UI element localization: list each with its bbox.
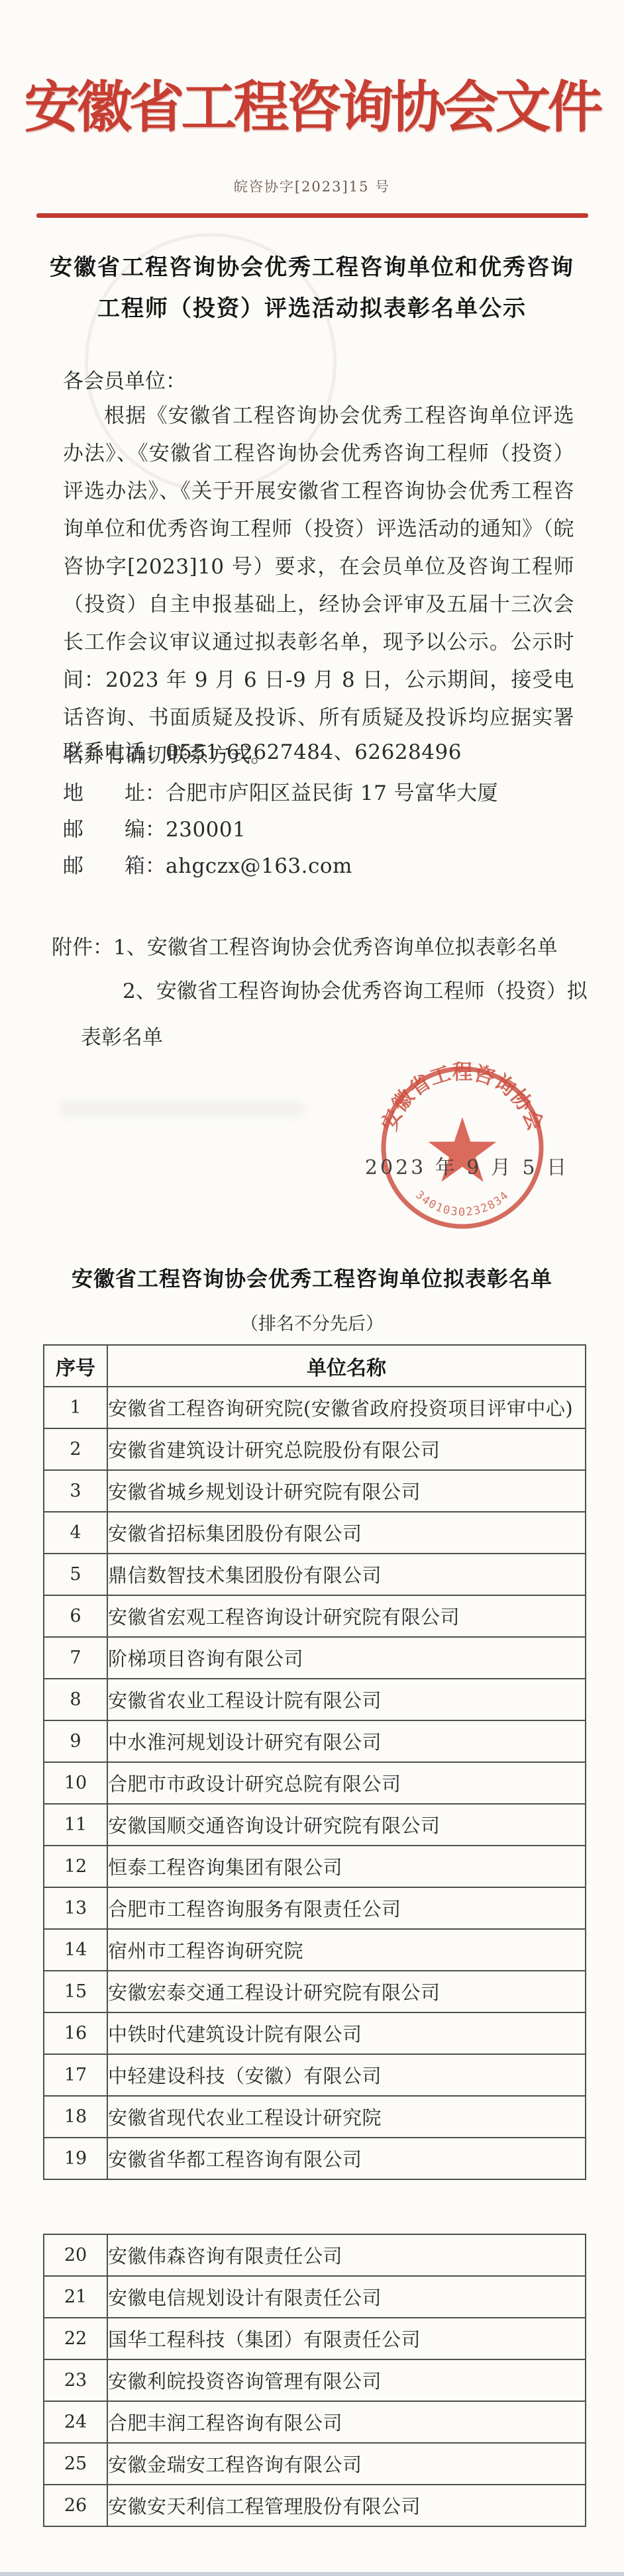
table-row: 20安徽伟森咨询有限责任公司	[44, 2234, 586, 2276]
row-number: 9	[44, 1720, 107, 1762]
table-row: 11安徽国顺交通咨询设计研究院有限公司	[44, 1804, 586, 1846]
address-label: 地 址：	[63, 781, 166, 805]
red-divider-line	[36, 213, 588, 218]
table-row: 17中轻建设科技（安徽）有限公司	[44, 2054, 586, 2096]
issue-date: 2023 年 9 月 5 日	[358, 1151, 576, 1180]
unit-name: 中铁时代建筑设计院有限公司	[107, 2012, 586, 2054]
contact-phone-label: 联系电话：	[63, 740, 166, 764]
table-row: 7阶梯项目咨询有限公司	[44, 1637, 586, 1679]
row-number: 24	[44, 2401, 107, 2443]
attachment-item-1: 1、安徽省工程咨询协会优秀咨询单位拟表彰名单	[113, 936, 558, 960]
official-seal: 安徽省工程咨询协会 3401030232834	[376, 1062, 548, 1234]
row-number: 2	[44, 1428, 107, 1470]
row-number: 22	[44, 2318, 107, 2359]
row-number: 4	[44, 1512, 107, 1554]
row-number: 7	[44, 1637, 107, 1679]
scanned-document-page: 安徽省工程咨询协会文件 皖咨协字[2023]15 号 安徽省工程咨询协会优秀工程…	[0, 0, 624, 2576]
row-number: 14	[44, 1929, 107, 1971]
body-paragraph: 根据《安徽省工程咨询协会优秀工程咨询单位评选办法》、《安徽省工程咨询协会优秀咨询…	[63, 397, 574, 775]
unit-name: 阶梯项目咨询有限公司	[107, 1637, 586, 1679]
column-header-no: 序号	[44, 1345, 107, 1387]
table-row: 16中铁时代建筑设计院有限公司	[44, 2012, 586, 2054]
unit-name: 合肥市工程咨询服务有限责任公司	[107, 1887, 586, 1929]
table-row: 6安徽省宏观工程咨询设计研究院有限公司	[44, 1595, 586, 1637]
unit-name: 安徽利皖投资咨询管理有限公司	[107, 2359, 586, 2401]
row-number: 20	[44, 2234, 107, 2276]
table-row: 21安徽电信规划设计有限责任公司	[44, 2276, 586, 2318]
table-row: 8安徽省农业工程设计院有限公司	[44, 1679, 586, 1720]
table-row: 4安徽省招标集团股份有限公司	[44, 1512, 586, 1554]
attachment-line-1: 附件：1、安徽省工程咨询协会优秀咨询单位拟表彰名单	[52, 930, 558, 960]
row-number: 11	[44, 1804, 107, 1846]
table-row: 2安徽省建筑设计研究总院股份有限公司	[44, 1428, 586, 1470]
address-value: 合肥市庐阳区益民街 17 号富华大厦	[166, 781, 498, 805]
seal-code-text: 3401030232834	[413, 1189, 512, 1219]
unit-name: 安徽伟森咨询有限责任公司	[107, 2234, 586, 2276]
table-row: 9中水淮河规划设计研究有限公司	[44, 1720, 586, 1762]
contact-phone-row: 联系电话：0551-62627484、62628496	[63, 735, 462, 765]
contact-phone-value: 0551-62627484、62628496	[166, 740, 462, 764]
row-number: 10	[44, 1762, 107, 1804]
unit-name: 安徽宏泰交通工程设计研究院有限公司	[107, 1971, 586, 2012]
attachment-line-2-cont: 表彰名单	[81, 1020, 163, 1050]
unit-name: 安徽省工程咨询研究院(安徽省政府投资项目评审中心)	[107, 1387, 586, 1428]
unit-name: 安徽省华都工程咨询有限公司	[107, 2138, 586, 2179]
doc-title-line1: 安徽省工程咨询协会优秀工程咨询单位和优秀咨询	[0, 249, 624, 281]
scan-artifact	[60, 1101, 305, 1118]
email-label: 邮 箱：	[63, 854, 166, 878]
address-row: 地 址：合肥市庐阳区益民街 17 号富华大厦	[63, 776, 498, 806]
unit-name: 安徽省农业工程设计院有限公司	[107, 1679, 586, 1720]
unit-name: 中轻建设科技（安徽）有限公司	[107, 2054, 586, 2096]
table-row: 15安徽宏泰交通工程设计研究院有限公司	[44, 1971, 586, 2012]
table-row: 19安徽省华都工程咨询有限公司	[44, 2138, 586, 2179]
roster-table-1: 序号 单位名称 1安徽省工程咨询研究院(安徽省政府投资项目评审中心)2安徽省建筑…	[43, 1344, 586, 2180]
row-number: 17	[44, 2054, 107, 2096]
doc-title-line2: 工程师（投资）评选活动拟表彰名单公示	[0, 290, 624, 322]
unit-name: 安徽电信规划设计有限责任公司	[107, 2276, 586, 2318]
table-row: 18安徽省现代农业工程设计研究院	[44, 2096, 586, 2138]
unit-name: 安徽省宏观工程咨询设计研究院有限公司	[107, 1595, 586, 1637]
row-number: 3	[44, 1470, 107, 1512]
salutation: 各会员单位：	[63, 364, 186, 394]
unit-name: 国华工程科技（集团）有限责任公司	[107, 2318, 586, 2359]
unit-name: 安徽省招标集团股份有限公司	[107, 1512, 586, 1554]
email-value: ahgczx@163.com	[166, 854, 352, 878]
table-row: 3安徽省城乡规划设计研究院有限公司	[44, 1470, 586, 1512]
row-number: 18	[44, 2096, 107, 2138]
table-row: 14宿州市工程咨询研究院	[44, 1929, 586, 1971]
unit-name: 安徽省现代农业工程设计研究院	[107, 2096, 586, 2138]
roster-table-2: 20安徽伟森咨询有限责任公司21安徽电信规划设计有限责任公司22国华工程科技（集…	[43, 2234, 586, 2527]
row-number: 19	[44, 2138, 107, 2179]
table-row: 25安徽金瑞安工程咨询有限公司	[44, 2443, 586, 2485]
unit-name: 合肥市市政设计研究总院有限公司	[107, 1762, 586, 1804]
svg-text:3401030232834: 3401030232834	[413, 1189, 512, 1219]
email-row: 邮 箱：ahgczx@163.com	[63, 849, 352, 879]
table-row: 26安徽安天利信工程管理股份有限公司	[44, 2485, 586, 2526]
row-number: 13	[44, 1887, 107, 1929]
unit-name: 恒泰工程咨询集团有限公司	[107, 1846, 586, 1887]
unit-name: 安徽金瑞安工程咨询有限公司	[107, 2443, 586, 2485]
unit-name: 安徽省城乡规划设计研究院有限公司	[107, 1470, 586, 1512]
row-number: 15	[44, 1971, 107, 2012]
table-row: 10合肥市市政设计研究总院有限公司	[44, 1762, 586, 1804]
unit-name: 鼎信数智技术集团股份有限公司	[107, 1554, 586, 1595]
row-number: 8	[44, 1679, 107, 1720]
table-row: 5鼎信数智技术集团股份有限公司	[44, 1554, 586, 1595]
row-number: 26	[44, 2485, 107, 2526]
table-row: 22国华工程科技（集团）有限责任公司	[44, 2318, 586, 2359]
table-row: 1安徽省工程咨询研究院(安徽省政府投资项目评审中心)	[44, 1387, 586, 1428]
attachment-label: 附件：	[52, 936, 113, 960]
row-number: 6	[44, 1595, 107, 1637]
roster-subtitle: （排名不分先后）	[0, 1309, 624, 1335]
row-number: 12	[44, 1846, 107, 1887]
postcode-label: 邮 编：	[63, 818, 166, 842]
attachment-line-2: 2、安徽省工程咨询协会优秀咨询工程师（投资）拟	[123, 974, 588, 1004]
table-row: 24合肥丰润工程咨询有限公司	[44, 2401, 586, 2443]
column-header-name: 单位名称	[107, 1345, 586, 1387]
unit-name: 安徽国顺交通咨询设计研究院有限公司	[107, 1804, 586, 1846]
row-number: 5	[44, 1554, 107, 1595]
unit-name: 宿州市工程咨询研究院	[107, 1929, 586, 1971]
unit-name: 安徽安天利信工程管理股份有限公司	[107, 2485, 586, 2526]
roster-title: 安徽省工程咨询协会优秀工程咨询单位拟表彰名单	[0, 1262, 624, 1293]
scan-edge-strip	[0, 2572, 624, 2576]
row-number: 1	[44, 1387, 107, 1428]
postcode-row: 邮 编：230001	[63, 813, 246, 842]
unit-name: 安徽省建筑设计研究总院股份有限公司	[107, 1428, 586, 1470]
postcode-value: 230001	[166, 818, 246, 842]
table-row: 23安徽利皖投资咨询管理有限公司	[44, 2359, 586, 2401]
row-number: 21	[44, 2276, 107, 2318]
unit-name: 合肥丰润工程咨询有限公司	[107, 2401, 586, 2443]
row-number: 16	[44, 2012, 107, 2054]
doc-number: 皖咨协字[2023]15 号	[0, 176, 624, 196]
row-number: 25	[44, 2443, 107, 2485]
table-header-row: 序号 单位名称	[44, 1345, 586, 1387]
unit-name: 中水淮河规划设计研究有限公司	[107, 1720, 586, 1762]
table-row: 12恒泰工程咨询集团有限公司	[44, 1846, 586, 1887]
row-number: 23	[44, 2359, 107, 2401]
table-row: 13合肥市工程咨询服务有限责任公司	[44, 1887, 586, 1929]
masthead-title: 安徽省工程咨询协会文件	[0, 63, 624, 143]
